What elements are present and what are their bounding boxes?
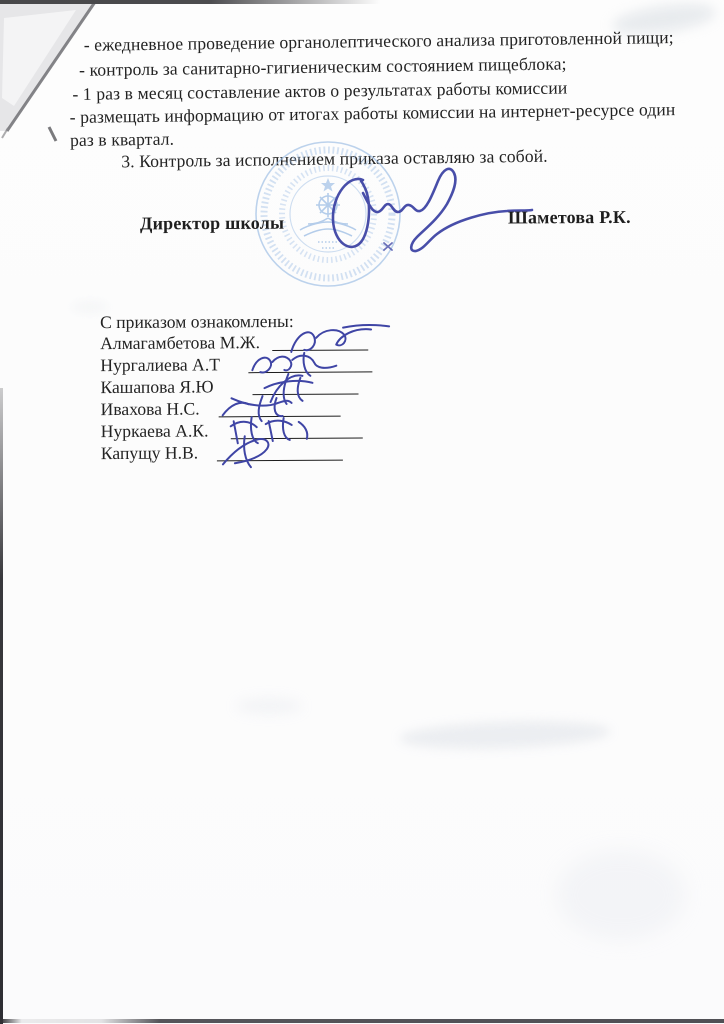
acknowledgement-title: С приказом ознакомлены:: [100, 311, 294, 333]
staff-name: Ивахова Н.С.: [101, 398, 200, 420]
staff-name: Алмагамбетова М.Ж.: [100, 332, 260, 354]
staff-name: Капущу Н.В.: [101, 443, 198, 465]
acknowledgement-row: Капущу Н.В.: [101, 441, 441, 465]
staff-name: Нургалиева А.Т: [100, 354, 220, 376]
paper-smudge: [400, 718, 611, 751]
director-name: Шаметова Р.К.: [508, 207, 631, 229]
staff-signature-ink: [215, 432, 301, 473]
scan-left-edge: [0, 388, 3, 1024]
duty-line-2: - контроль за санитарно-гигиеническим со…: [79, 53, 567, 80]
scanned-order-page: - ежедневное проведение органолептическо…: [0, 0, 724, 1024]
director-role-label: Директор школы: [140, 213, 284, 235]
staff-name: Нуркаева А.К.: [101, 420, 209, 442]
paper-smudge: [236, 698, 302, 714]
duty-line-1: - ежедневное проведение органолептическо…: [84, 27, 674, 56]
signature-row: Директор школы Шаметова Р.К.: [140, 207, 680, 240]
scan-bottom-edge: [0, 1019, 724, 1023]
scan-top-edge: [0, 0, 380, 4]
duty-line-4-continuation: раз в квартал.: [70, 129, 174, 151]
staff-name: Кашапова Я.Ю: [100, 376, 213, 398]
paper-smudge: [556, 850, 686, 940]
acknowledgement-block: С приказом ознакомлены: Алмагамбетова М.…: [100, 310, 460, 312]
